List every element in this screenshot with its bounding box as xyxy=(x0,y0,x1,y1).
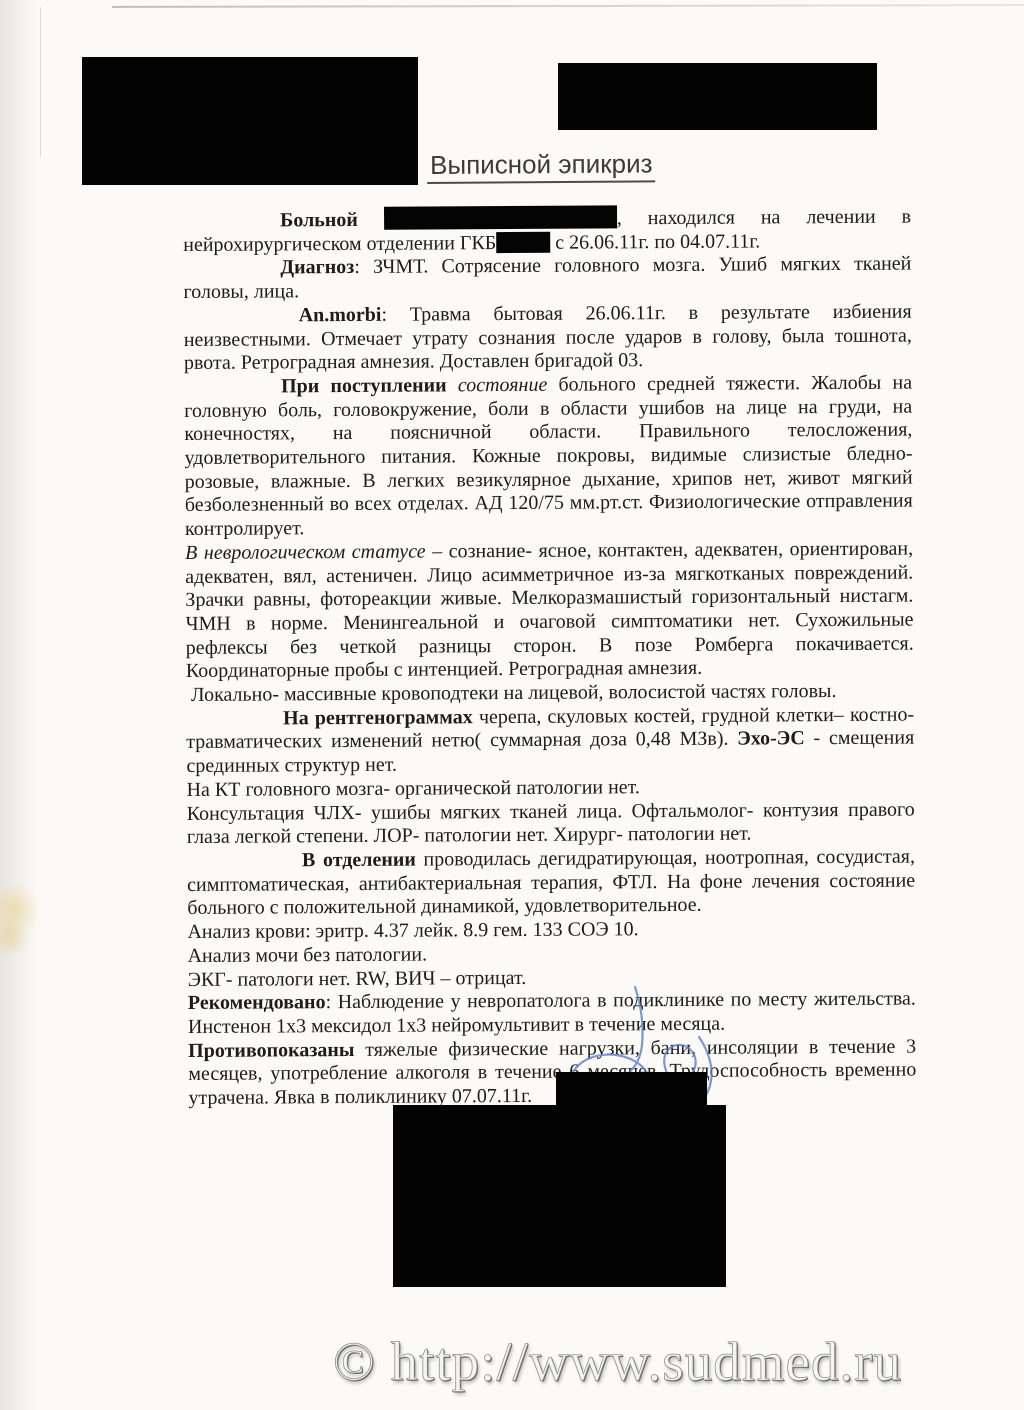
text-run: Анализ мочи без патологии. xyxy=(188,943,428,966)
paragraph-consultations: Консультация ЧЛХ- ушибы мягких тканей ли… xyxy=(187,798,915,850)
redaction-header-right xyxy=(558,63,877,130)
scan-edge-top-line xyxy=(112,4,1024,8)
scanned-page: { "page": { "title": "Выписной эпикриз",… xyxy=(0,0,1024,1410)
redaction-signature-lower xyxy=(393,1105,726,1287)
document-body: Больной , находился на лечении в нейрохи… xyxy=(183,204,917,1111)
text-run: Диагноз xyxy=(280,256,354,278)
document-title: Выписной эпикриз xyxy=(427,148,656,184)
redaction-signature-upper xyxy=(556,1072,707,1106)
text-run: ЭКГ- патологи нет. RW, ВИЧ – отрицат. xyxy=(188,966,527,990)
paragraph-neuro-status: В неврологическом статусе – сознание- яс… xyxy=(185,537,914,684)
paragraph-xray-echo: На рентгенограммах черепа, скуловых кост… xyxy=(186,703,914,779)
redaction-patient-name xyxy=(384,205,617,229)
paragraph-treatment: В отделении проводилась дегидратирующая,… xyxy=(187,846,915,922)
text-run: с 26.06.11г. по 04.07.11г. xyxy=(550,230,760,253)
scan-edge-left-shadow xyxy=(0,0,38,1410)
paragraph-anamnesis-morbi: An.morbi: Травма бытовая 26.06.11г. в ре… xyxy=(184,300,912,376)
text-run: Больной xyxy=(280,209,384,232)
text-run: Консультация ЧЛХ- ушибы мягких тканей ли… xyxy=(187,798,915,848)
text-run: Анализ крови: эритр. 4.37 лейк. 8.9 гем.… xyxy=(187,918,638,943)
text-run: An.morbi xyxy=(299,304,382,327)
watermark: © http://www.sudmed.ru xyxy=(333,1330,902,1393)
text-run: проводилась дегидратирующая, ноотропная,… xyxy=(187,846,915,920)
paragraph-patient-admission: Больной , находился на лечении в нейрохи… xyxy=(183,204,911,258)
text-run: Эхо-ЭС xyxy=(737,728,805,750)
text-run: На рентгенограммах xyxy=(283,706,473,729)
text-run: : Травма бытовая 26.06.11г. в результате… xyxy=(184,300,912,374)
text-run: Локально- массивные кровоподтеки на лице… xyxy=(191,680,837,706)
redaction-hospital-number xyxy=(496,231,550,252)
text-run: Рекомендовано xyxy=(188,991,326,1014)
text-run: На КТ головного мозга- органической пато… xyxy=(186,776,639,801)
paragraph-diagnosis: Диагноз: ЗЧМТ. Сотрясение головного мозг… xyxy=(183,253,911,305)
text-run: В неврологическом статусе xyxy=(185,540,426,563)
text-run: При поступлении xyxy=(281,374,458,397)
text-run: В отделении xyxy=(302,849,416,872)
text-run: состояние xyxy=(458,374,548,397)
paragraph-on-admission: При поступлении состояние больного средн… xyxy=(184,371,913,541)
redaction-header-left xyxy=(82,57,418,185)
text-run: Противопоказаны xyxy=(188,1039,354,1062)
scan-edge-left-line xyxy=(40,7,41,157)
